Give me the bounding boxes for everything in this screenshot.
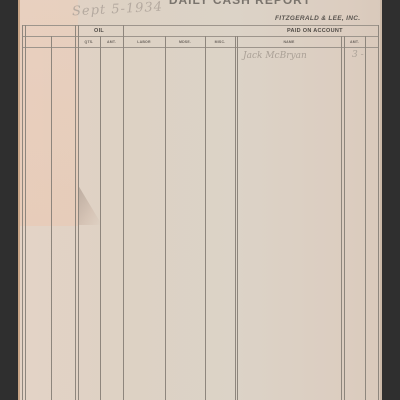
- column-header-labor: LABOR: [123, 40, 165, 44]
- column-rule: [237, 36, 238, 400]
- pink-paper-strip: [20, 0, 78, 226]
- column-rule: [51, 36, 52, 400]
- column-rule: [75, 25, 76, 400]
- column-rule: [365, 36, 366, 400]
- column-rule: [78, 25, 79, 400]
- column-rule: [378, 25, 379, 400]
- report-title: DAILY CASH REPORT: [150, 0, 330, 7]
- column-header-mdse: MDSE.: [165, 40, 205, 44]
- column-rule: [235, 36, 236, 400]
- group-header-oil: OIL: [94, 28, 104, 34]
- column-rule: [25, 25, 26, 400]
- paper-right-edge: [380, 0, 382, 400]
- column-header-qts: QTS.: [78, 40, 100, 44]
- column-rule: [341, 36, 342, 400]
- entry-name: Jack McBryan: [243, 51, 307, 61]
- column-header-paid-amt: AMT.: [344, 40, 365, 44]
- column-rule: [165, 36, 166, 400]
- column-rule: [100, 36, 101, 400]
- column-header-amt: AMT.: [100, 40, 123, 44]
- column-rule: [344, 36, 345, 400]
- group-header-paid-on-account: PAID ON ACCOUNT: [287, 28, 343, 34]
- entry-amount: 3 -: [352, 50, 364, 60]
- column-header-name: NAME: [237, 40, 341, 44]
- column-rule: [22, 25, 23, 400]
- column-rule: [123, 25, 124, 400]
- company-name: FITZGERALD & LEE, INC.: [275, 15, 360, 22]
- column-rule: [205, 36, 206, 400]
- column-header-misc: MISC.: [205, 40, 235, 44]
